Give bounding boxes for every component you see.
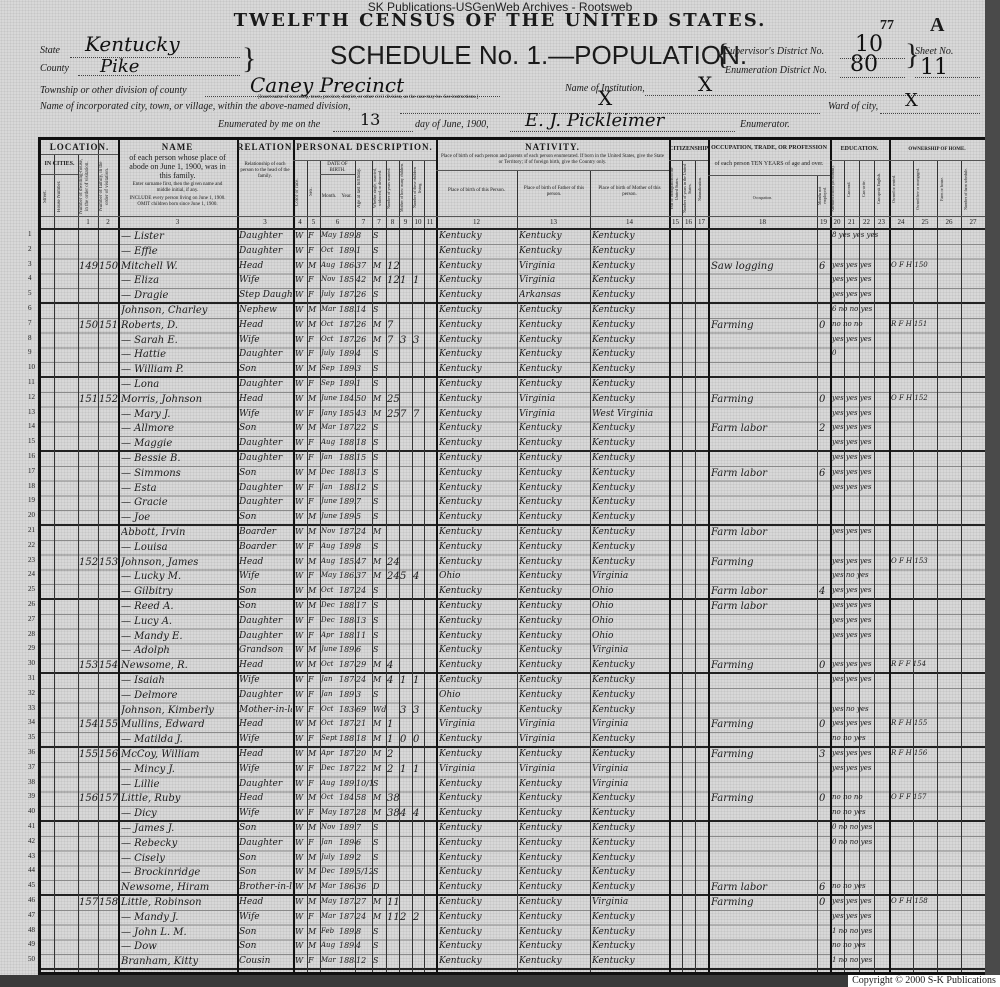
cell-rel: Daughter: [239, 616, 292, 626]
cell-fpob: Kentucky: [519, 349, 589, 359]
cell-age: 24: [356, 586, 372, 595]
cell-month: Nov: [321, 823, 339, 831]
cell-pob: Kentucky: [439, 897, 516, 907]
cell-fpob: Kentucky: [519, 483, 589, 493]
column-number: 8: [386, 218, 399, 226]
cell-mar: S: [373, 941, 386, 950]
table-row: — SimmonsSonWMDec188613SKentuckyKentucky…: [41, 467, 985, 482]
line-number: 16: [28, 452, 35, 460]
line-number: 40: [28, 807, 35, 815]
cell-year: 1881: [339, 734, 355, 743]
cell-ym: 25: [387, 394, 399, 405]
column-number: 16: [682, 218, 695, 226]
cell-pob: Kentucky: [439, 483, 516, 493]
cell-age: 26: [356, 290, 372, 299]
cell-month: Oct: [321, 705, 339, 713]
cell-fpob: Kentucky: [519, 468, 589, 478]
cell-mpob: Kentucky: [592, 853, 668, 863]
header-ownership: OWNERSHIP OF HOME.: [889, 145, 985, 154]
cell-month: May: [321, 897, 339, 905]
cell-pob: Kentucky: [439, 675, 516, 685]
cell-sex: F: [308, 779, 320, 788]
column-number: 15: [669, 218, 682, 226]
cell-year: 1892: [339, 927, 355, 936]
cell-age: 29: [356, 660, 372, 669]
cell-name: — Mandy J.: [121, 912, 236, 923]
column-number: 24: [889, 218, 913, 226]
cell-name: — Hattie: [121, 349, 236, 360]
cell-ym: 7: [387, 320, 399, 331]
cell-age: 28: [356, 808, 372, 817]
cell-sex: M: [308, 364, 320, 373]
cell-name: — Adolph: [121, 645, 236, 656]
cell-pob: Kentucky: [439, 468, 516, 478]
cell-mo: 1: [400, 275, 412, 286]
cell-age: 4: [356, 941, 372, 950]
cell-rel: Daughter: [239, 453, 292, 463]
cell-pob: Kentucky: [439, 808, 516, 818]
header-name: NAME: [118, 143, 237, 152]
cell-fam: 155: [99, 719, 118, 730]
cell-pob: Kentucky: [439, 349, 516, 359]
line-number: 41: [28, 822, 35, 830]
column-number: 10: [412, 218, 424, 226]
cell-month: Oct: [321, 719, 339, 727]
cell-name: Johnson, James: [121, 557, 236, 568]
table-row: 157158Little, RobinsonHeadWMMay187327M11…: [41, 896, 985, 911]
cell-name: Little, Robinson: [121, 897, 236, 908]
cell-color: W: [295, 719, 307, 728]
table-row: — EstaDaughterWFJan188812SKentuckyKentuc…: [41, 482, 985, 497]
cell-pob: Kentucky: [439, 557, 516, 567]
cell-color: W: [295, 793, 307, 802]
cell-mpob: Ohio: [592, 616, 668, 626]
cell-age: 37: [356, 261, 372, 270]
cell-unemp: 4: [819, 586, 830, 597]
cell-age: 7: [356, 497, 372, 506]
cell-fpob: Kentucky: [519, 246, 589, 256]
cell-fpob: Kentucky: [519, 808, 589, 818]
cell-year: 1895: [339, 349, 355, 358]
cell-occ: Farming: [711, 793, 816, 804]
cell-color: W: [295, 335, 307, 344]
cell-rel: Son: [239, 364, 292, 374]
column-number: 12: [436, 218, 517, 226]
cell-year: 1852: [339, 557, 355, 566]
cell-sex: M: [308, 853, 320, 862]
table-row: — Bessie B.DaughterWFJan188515SKentuckyK…: [41, 452, 985, 467]
cell-mar: M: [373, 320, 386, 329]
line-number: 34: [28, 718, 35, 726]
cell-mar: S: [373, 956, 386, 965]
cell-sex: M: [308, 660, 320, 669]
cell-color: W: [295, 660, 307, 669]
cell-mpob: Kentucky: [592, 305, 668, 315]
cell-mo: 2: [400, 912, 412, 923]
cell-mar: M: [373, 557, 386, 566]
cell-month: Jan: [321, 453, 339, 461]
header-years-us: Number of years in the United States.: [682, 164, 695, 214]
cell-year: 1886: [339, 616, 355, 625]
cell-unemp: 6: [819, 882, 830, 893]
state-label: State: [40, 45, 60, 56]
header-in-cities: IN CITIES.: [41, 160, 78, 169]
cell-age: 58: [356, 793, 372, 802]
cell-mar: M: [373, 394, 386, 403]
cell-dw: 150: [79, 320, 98, 331]
enumerated-middle: day of June, 1900,: [415, 119, 489, 130]
cell-color: W: [295, 527, 307, 536]
cell-liv: 0: [413, 734, 424, 745]
cell-fpob: Kentucky: [519, 616, 589, 626]
enumerated-day: 13: [360, 110, 380, 129]
cell-mar: S: [373, 468, 386, 477]
header-farm-house: Farm or house.: [937, 164, 961, 214]
cell-month: Jan: [321, 483, 339, 491]
cell-pob: Kentucky: [439, 601, 516, 611]
cell-month: Mar: [321, 423, 339, 431]
cell-month: Jan: [321, 838, 339, 846]
cell-mpob: Kentucky: [592, 394, 668, 404]
cell-year: 1895: [339, 941, 355, 950]
table-row: — GracieDaughterWFJune18927SKentuckyKent…: [41, 496, 985, 511]
header-name-note2: INCLUDE every person living on June 1, 1…: [126, 196, 229, 208]
cell-mar: S: [373, 290, 386, 299]
cell-fam: 152: [99, 394, 118, 405]
cell-age: 12: [356, 956, 372, 965]
cell-pob: Kentucky: [439, 261, 516, 271]
cell-month: June: [321, 497, 339, 505]
table-row: — Sarah E.WifeWFOct187326M733KentuckyKen…: [41, 334, 985, 349]
header-relation: RELATION.: [237, 143, 293, 152]
cell-age: 36: [356, 882, 372, 891]
cell-month: Dec: [321, 616, 339, 624]
cell-sex: M: [308, 586, 320, 595]
cell-color: W: [295, 897, 307, 906]
cell-name: — Esta: [121, 483, 236, 494]
cell-month: Dec: [321, 764, 339, 772]
cell-name: — Allmore: [121, 423, 236, 434]
cell-mpob: Kentucky: [592, 734, 668, 744]
cell-rel: Daughter: [239, 690, 292, 700]
cell-age: 26: [356, 335, 372, 344]
line-number: 18: [28, 482, 35, 490]
cell-edu: 0: [832, 349, 888, 357]
cell-pob: Ohio: [439, 571, 516, 581]
table-row: Newsome, HiramBrother-in-lawWMMar186436D…: [41, 881, 985, 896]
cell-fpob: Kentucky: [519, 497, 589, 507]
line-number: 26: [28, 600, 35, 608]
cell-sex: F: [308, 349, 320, 358]
cell-fpob: Virginia: [519, 275, 589, 285]
header-divider: [436, 170, 669, 171]
cell-unemp: 0: [819, 660, 830, 671]
cell-own: O F H 152: [891, 394, 985, 402]
cell-sex: F: [308, 690, 320, 699]
line-number: 22: [28, 541, 35, 549]
cell-mpob: Kentucky: [592, 542, 668, 552]
cell-pob: Kentucky: [439, 793, 516, 803]
township-label: Township or other division of county: [40, 85, 187, 96]
cell-mpob: Kentucky: [592, 453, 668, 463]
cell-year: 1899: [339, 779, 355, 788]
cell-rel: Cousin: [239, 956, 292, 966]
cell-mpob: Kentucky: [592, 335, 668, 345]
cell-sex: F: [308, 571, 320, 580]
cell-fpob: Kentucky: [519, 912, 589, 922]
cell-color: W: [295, 631, 307, 640]
cell-occ: Farm labor: [711, 601, 816, 612]
cell-pob: Kentucky: [439, 527, 516, 537]
cell-own: R F H 151: [891, 320, 985, 328]
cell-mpob: Kentucky: [592, 749, 668, 759]
cell-rel: Son: [239, 512, 292, 522]
cell-color: W: [295, 231, 307, 240]
census-title: TWELFTH CENSUS OF THE UNITED STATES.: [0, 10, 1000, 31]
cell-rel: Daughter: [239, 438, 292, 448]
cell-sex: M: [308, 927, 320, 936]
cell-mar: M: [373, 660, 386, 669]
table-row: — ListerDaughterWFMay18928SKentuckyKentu…: [41, 230, 985, 245]
cell-color: W: [295, 497, 307, 506]
cell-rel: Son: [239, 586, 292, 596]
cell-ym: 38: [387, 793, 399, 804]
cell-sex: M: [308, 320, 320, 329]
cell-fpob: Kentucky: [519, 675, 589, 685]
cell-color: W: [295, 853, 307, 862]
header-house-number: House Number.: [55, 178, 78, 214]
cell-pob: Kentucky: [439, 705, 516, 715]
cell-age: 2: [356, 853, 372, 862]
cell-ym: 24: [387, 571, 399, 582]
cell-liv: 1: [413, 675, 424, 686]
cell-mar: M: [373, 261, 386, 270]
cell-pob: Kentucky: [439, 497, 516, 507]
cell-rel: Son: [239, 823, 292, 833]
cell-ym: 7: [387, 335, 399, 346]
cell-color: W: [295, 483, 307, 492]
cell-color: W: [295, 512, 307, 521]
cell-mpob: Kentucky: [592, 690, 668, 700]
cell-fpob: Kentucky: [519, 823, 589, 833]
cell-fpob: Kentucky: [519, 438, 589, 448]
table-row: — ElizaWifeWFNov185742M1211KentuckyVirgi…: [41, 274, 985, 289]
cell-pob: Kentucky: [439, 853, 516, 863]
cell-rel: Daughter: [239, 246, 292, 256]
cell-mar: M: [373, 749, 386, 758]
header-divider: [830, 160, 985, 161]
cell-month: Dec: [321, 867, 339, 875]
table-row: Johnson, CharleyNephewWMMar188514SKentuc…: [41, 304, 985, 319]
cell-pob: Kentucky: [439, 275, 516, 285]
cell-unemp: 0: [819, 719, 830, 730]
cell-pob: Kentucky: [439, 290, 516, 300]
cell-fpob: Virginia: [519, 734, 589, 744]
cell-month: Aug: [321, 438, 339, 446]
cell-month: Sep: [321, 364, 339, 372]
table-row: — John L. M.SonWMFeb18928SKentuckyKentuc…: [41, 926, 985, 941]
cell-fam: 158: [99, 897, 118, 908]
header-occupation-col: Occupation.: [708, 193, 817, 202]
column-number: 5: [307, 218, 320, 226]
cell-unemp: 3: [819, 749, 830, 760]
cell-month: July: [321, 290, 339, 298]
column-number: 22: [859, 218, 874, 226]
copyright-notice: Copyright © 2000 S-K Publications: [848, 975, 1000, 987]
cell-edu: no no yes: [832, 882, 888, 890]
cell-mar: M: [373, 808, 386, 817]
header-can-read: Can read.: [844, 164, 859, 214]
cell-pob: Virginia: [439, 764, 516, 774]
line-number: 27: [28, 615, 35, 623]
table-row: Abbott, IrvinBoarderWMNov187524MKentucky…: [41, 526, 985, 541]
table-row: — MaggieDaughterWFAug188118SKentuckyKent…: [41, 437, 985, 452]
cell-year: 1878: [339, 423, 355, 432]
cell-edu: yes yes yes: [832, 261, 888, 269]
cell-year: 1862: [339, 571, 355, 580]
cell-edu: yes no yes: [832, 705, 888, 713]
cell-age: 13: [356, 468, 372, 477]
cell-fpob: Kentucky: [519, 586, 589, 596]
header-name-sub: of each person whose place of abode on J…: [126, 153, 229, 180]
cell-pob: Kentucky: [439, 394, 516, 404]
cell-month: May: [321, 571, 339, 579]
cell-rel: Grandson: [239, 645, 292, 655]
header-immigration: Year of immigration to the United States…: [669, 164, 682, 214]
cell-mpob: Virginia: [592, 571, 668, 581]
table-row: — LouisaBoarderWFAug18918SKentuckyKentuc…: [41, 541, 985, 556]
cell-sex: F: [308, 275, 320, 284]
cell-mar: M: [373, 719, 386, 728]
brace: }: [242, 44, 256, 74]
cell-month: July: [321, 349, 339, 357]
cell-mar: S: [373, 779, 386, 788]
table-row: — DicyWifeWFMay187228M3844KentuckyKentuc…: [41, 807, 985, 822]
cell-age: 24: [356, 675, 372, 684]
cell-color: W: [295, 423, 307, 432]
cell-color: W: [295, 867, 307, 876]
cell-pob: Kentucky: [439, 423, 516, 433]
cell-name: — Lucy A.: [121, 616, 236, 627]
census-sheet: SK Publications-USGenWeb Archives - Root…: [0, 0, 985, 975]
cell-sex: M: [308, 941, 320, 950]
cell-mar: S: [373, 867, 386, 876]
cell-rel: Wife: [239, 912, 292, 922]
cell-mpob: Kentucky: [592, 497, 668, 507]
cell-ym: 4: [387, 660, 399, 671]
cell-dw: 156: [79, 793, 98, 804]
cell-color: W: [295, 675, 307, 684]
cell-age: 10/12: [356, 779, 372, 788]
cell-color: W: [295, 823, 307, 832]
cell-ym: 11: [387, 897, 399, 908]
column-number: 14: [590, 218, 669, 226]
header-sex: Sex.: [307, 170, 320, 214]
cell-fpob: Kentucky: [519, 379, 589, 389]
cell-age: 14: [356, 305, 372, 314]
cell-year: 1879: [339, 749, 355, 758]
line-number: 4: [28, 274, 32, 282]
cell-month: Dec: [321, 601, 339, 609]
cell-pob: Kentucky: [439, 542, 516, 552]
cell-rel: Brother-in-law: [239, 882, 292, 892]
cell-year: 1876: [339, 675, 355, 684]
cell-pob: Kentucky: [439, 305, 516, 315]
table-row: — James J.SonWMNov18927SKentuckyKentucky…: [41, 822, 985, 837]
cell-liv: 4: [413, 808, 424, 819]
cell-sex: M: [308, 867, 320, 876]
cell-year: 1830: [339, 705, 355, 714]
cell-edu: yes yes yes: [832, 912, 888, 920]
line-number: 28: [28, 630, 35, 638]
table-row: — Mincy J.WifeWFDec187722M211VirginiaVir…: [41, 763, 985, 778]
cell-sex: M: [308, 645, 320, 654]
column-number: 7: [372, 218, 386, 226]
cell-mar: M: [373, 764, 386, 773]
cell-edu: yes yes yes: [832, 897, 888, 905]
cell-rel: Son: [239, 423, 292, 433]
cell-sex: M: [308, 512, 320, 521]
cell-color: W: [295, 601, 307, 610]
cell-mo: 0: [400, 734, 412, 745]
cell-mar: M: [373, 734, 386, 743]
cell-mar: S: [373, 838, 386, 847]
table-row: — LillieDaughterWFAug189910/12SKentuckyK…: [41, 778, 985, 793]
column-number: 4: [293, 218, 307, 226]
cell-name: Newsome, Hiram: [121, 882, 236, 893]
header-age: Age at last birthday.: [355, 162, 372, 214]
cell-rel: Head: [239, 660, 292, 670]
table-row: — AdolphGrandsonWMJune18936SKentuckyKent…: [41, 644, 985, 659]
cell-sex: F: [308, 631, 320, 640]
cell-rel: Son: [239, 941, 292, 951]
table-row: 149150Mitchell W.HeadWMAug186037M12Kentu…: [41, 260, 985, 275]
cell-year: 1873: [339, 335, 355, 344]
cell-own: O F H 150: [891, 261, 985, 269]
cell-fpob: Kentucky: [519, 941, 589, 951]
cell-own: O F F 157: [891, 793, 985, 801]
cell-pob: Kentucky: [439, 749, 516, 759]
cell-fpob: Virginia: [519, 409, 589, 419]
cell-edu: yes yes yes: [832, 275, 888, 283]
cell-name: — William P.: [121, 364, 236, 375]
column-number: 1: [78, 218, 98, 226]
cell-edu: yes yes yes: [832, 409, 888, 417]
line-number: 19: [28, 496, 35, 504]
cell-age: 4: [356, 349, 372, 358]
cell-pob: Kentucky: [439, 927, 516, 937]
cell-year: 1875: [339, 527, 355, 536]
cell-sex: M: [308, 719, 320, 728]
header-location: LOCATION.: [41, 143, 118, 152]
table-row: 155156McCoy, WilliamHeadWMApr187920M2Ken…: [41, 748, 985, 763]
cell-year: 1894: [339, 512, 355, 521]
cell-pob: Kentucky: [439, 379, 516, 389]
line-number: 31: [28, 674, 35, 682]
cell-color: W: [295, 453, 307, 462]
cell-age: 27: [356, 897, 372, 906]
cell-month: Oct: [321, 793, 339, 801]
cell-pob: Kentucky: [439, 231, 516, 241]
cell-own: O F H 158: [891, 897, 985, 905]
cell-rel: Wife: [239, 571, 292, 581]
header-dob: DATE OF BIRTH.: [320, 162, 355, 174]
cell-color: W: [295, 882, 307, 891]
cell-mar: S: [373, 631, 386, 640]
cell-mpob: Ohio: [592, 601, 668, 611]
cell-edu: yes no yes: [832, 571, 888, 579]
cell-month: June: [321, 394, 339, 402]
